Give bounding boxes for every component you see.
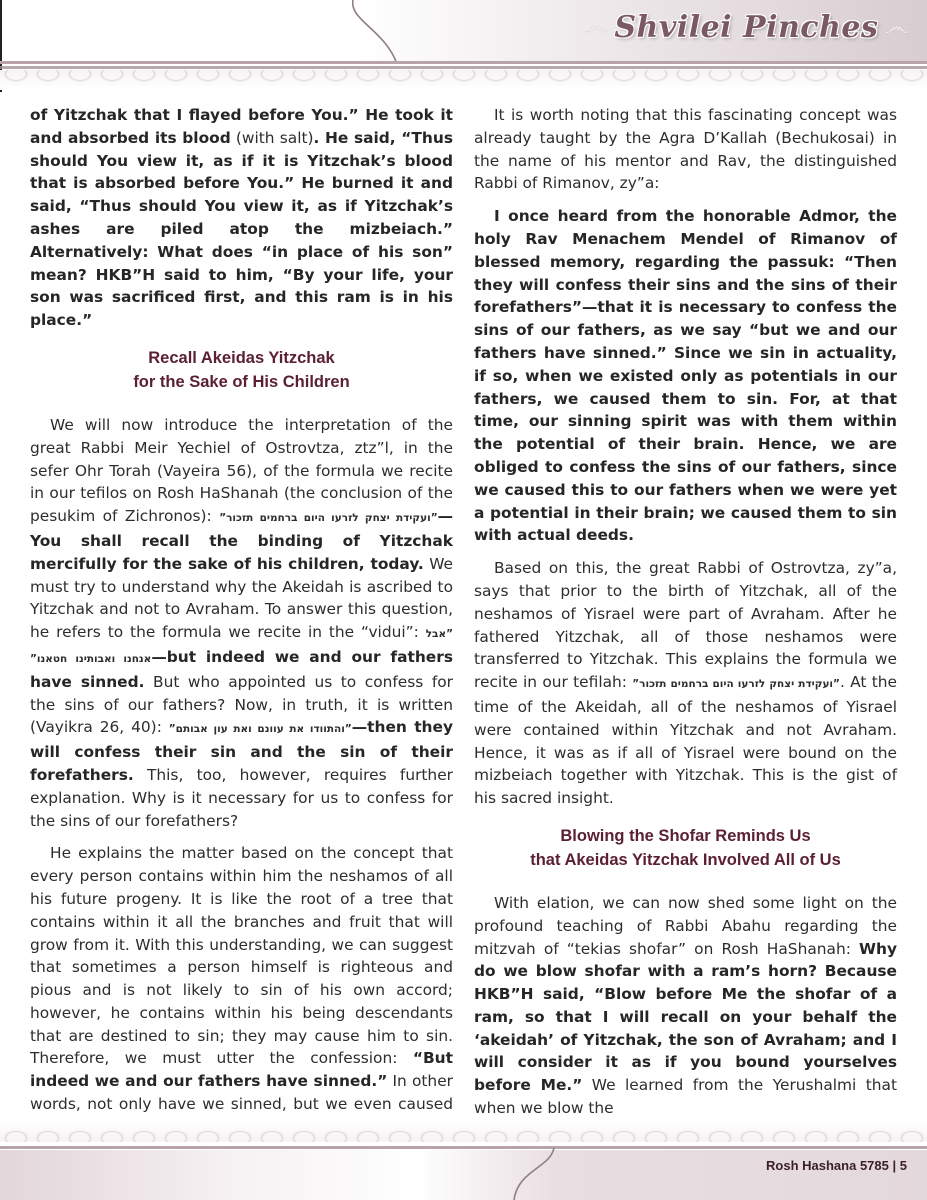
paragraph: With elation, we can now shed some light… <box>474 892 897 1120</box>
bold-quote: Why do we blow shofar with a ram’s horn?… <box>474 940 897 1095</box>
footer-rule <box>0 1146 927 1149</box>
text-run: Based on this, the great Rabbi of Ostrov… <box>474 559 897 691</box>
text-run: . At the time of the Akeidah, all of the… <box>474 673 897 807</box>
paragraph: He explains the matter based on the conc… <box>30 842 453 1138</box>
text-run: (with salt) <box>231 129 314 147</box>
bold-quote: I once heard from the honorable Admor, t… <box>474 207 897 544</box>
paragraph: of Yitzchak that I flayed before You.” H… <box>30 104 453 332</box>
bold-paragraph: I once heard from the honorable Admor, t… <box>474 205 897 547</box>
heading-line: Recall Akeidas Yitzchak <box>148 349 335 367</box>
paragraph: We will now introduce the interpretation… <box>30 414 453 832</box>
footer-scroll-border <box>0 1120 927 1142</box>
text-run: He explains the matter based on the conc… <box>30 844 453 1067</box>
hebrew-quote: ”ועקידת יצחק לזרעו היום ברחמים תזכור” <box>219 512 437 524</box>
header-curve-ornament <box>345 0 405 64</box>
left-column: of Yitzchak that I flayed before You.” H… <box>30 104 453 1149</box>
publication-title: Shvilei Pinches <box>614 10 878 45</box>
page-number: 5 <box>900 1158 907 1173</box>
paragraph: Based on this, the great Rabbi of Ostrov… <box>474 557 897 810</box>
page-footer: Rosh Hashana 5785 | 5 <box>0 1120 927 1200</box>
heading-line: for the Sake of His Children <box>133 373 349 391</box>
heading-line: Blowing the Shofar Reminds Us <box>560 827 810 845</box>
swirl-ornament-icon: ෴ <box>884 12 909 43</box>
issue-name: Rosh Hashana 5785 <box>766 1158 889 1173</box>
section-heading: Recall Akeidas Yitzchakfor the Sake of H… <box>30 346 453 394</box>
separator: | <box>893 1158 897 1173</box>
swirl-ornament-icon: ෴ <box>584 12 609 43</box>
page-header: ෴ Shvilei Pinches ෴ <box>0 0 927 100</box>
footer-curve-ornament <box>510 1148 570 1200</box>
publication-brand: ෴ Shvilei Pinches ෴ <box>584 10 909 45</box>
text-run: We will now introduce the interpretation… <box>30 416 453 525</box>
bold-quote: . He said, “Thus should You view it, as … <box>30 129 453 329</box>
text-run: With elation, we can now shed some light… <box>474 894 897 958</box>
section-heading: Blowing the Shofar Reminds Usthat Akeida… <box>474 824 897 872</box>
heading-line: that Akeidas Yitzchak Involved All of Us <box>530 851 841 869</box>
header-rule <box>0 61 927 64</box>
right-column: It is worth noting that this fascinating… <box>474 104 897 1130</box>
hebrew-quote: ”והתוודו את עוונם ואת עון אבותם” <box>169 723 352 735</box>
page-footer-label: Rosh Hashana 5785 | 5 <box>766 1158 907 1173</box>
paragraph: It is worth noting that this fascinating… <box>474 104 897 195</box>
hebrew-quote: ”ועקידת יצחק לזרעו היום ברחמים תזכור” <box>632 678 840 690</box>
header-scroll-border <box>0 70 927 90</box>
header-rule-secondary <box>0 66 927 69</box>
